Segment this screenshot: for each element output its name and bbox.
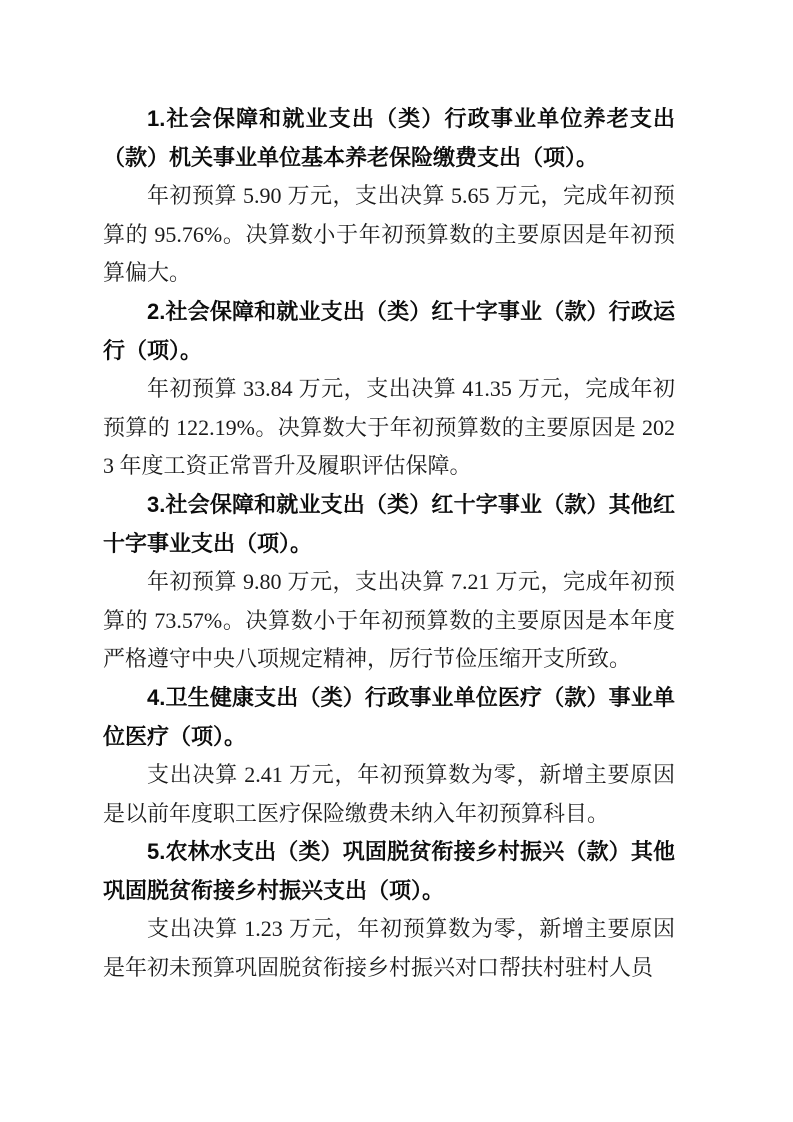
section-1-body: 年初预算 5.90 万元，支出决算 5.65 万元，完成年初预算的 95.76%…: [103, 177, 675, 293]
section-2-heading: 2.社会保障和就业支出（类）红十字事业（款）行政运行（项）。: [103, 293, 675, 370]
page-content: 1.社会保障和就业支出（类）行政事业单位养老支出（款）机关事业单位基本养老保险缴…: [103, 100, 675, 988]
section-2-body: 年初预算 33.84 万元，支出决算 41.35 万元，完成年初预算的 122.…: [103, 370, 675, 486]
section-5-heading: 5.农林水支出（类）巩固脱贫衔接乡村振兴（款）其他巩固脱贫衔接乡村振兴支出（项）…: [103, 833, 675, 910]
section-4-heading: 4.卫生健康支出（类）行政事业单位医疗（款）事业单位医疗（项）。: [103, 679, 675, 756]
section-5-body: 支出决算 1.23 万元，年初预算数为零，新增主要原因是年初未预算巩固脱贫衔接乡…: [103, 910, 675, 987]
document-page: 1.社会保障和就业支出（类）行政事业单位养老支出（款）机关事业单位基本养老保险缴…: [0, 0, 793, 1122]
section-3-heading: 3.社会保障和就业支出（类）红十字事业（款）其他红十字事业支出（项）。: [103, 486, 675, 563]
section-1-heading: 1.社会保障和就业支出（类）行政事业单位养老支出（款）机关事业单位基本养老保险缴…: [103, 100, 675, 177]
section-4-body: 支出决算 2.41 万元，年初预算数为零，新增主要原因是以前年度职工医疗保险缴费…: [103, 756, 675, 833]
section-3-body: 年初预算 9.80 万元，支出决算 7.21 万元，完成年初预算的 73.57%…: [103, 563, 675, 679]
